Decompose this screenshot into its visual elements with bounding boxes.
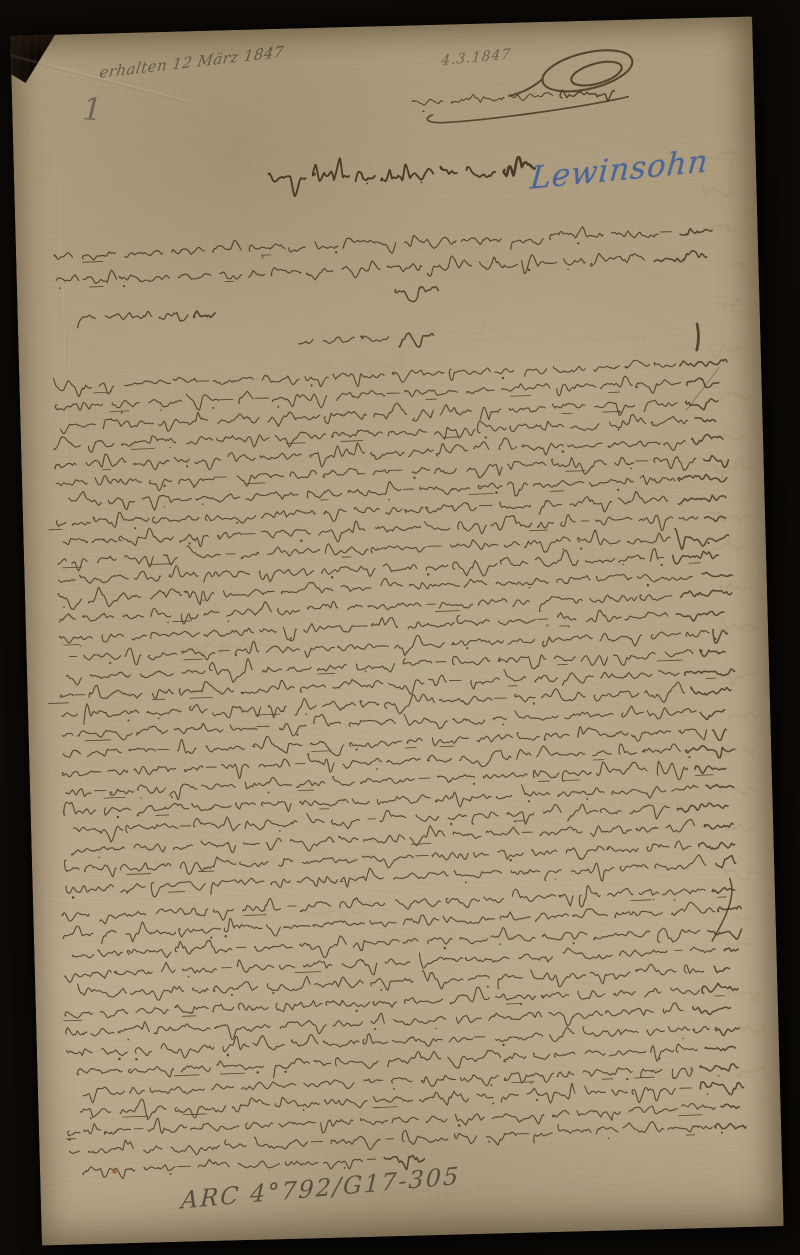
photo-backdrop: erhalten 12 März 1847 4.3.1847 1 Lewinso… — [0, 0, 800, 1255]
handwriting-layer — [10, 16, 783, 1245]
title-line-strokes — [268, 153, 535, 197]
manuscript-page: erhalten 12 März 1847 4.3.1847 1 Lewinso… — [10, 16, 783, 1245]
handwritten-text-strokes — [33, 86, 748, 1180]
ink-flourish-paraph — [508, 42, 637, 100]
margin-tick-mark — [696, 324, 699, 350]
dedication-underline-flourish — [427, 97, 629, 123]
